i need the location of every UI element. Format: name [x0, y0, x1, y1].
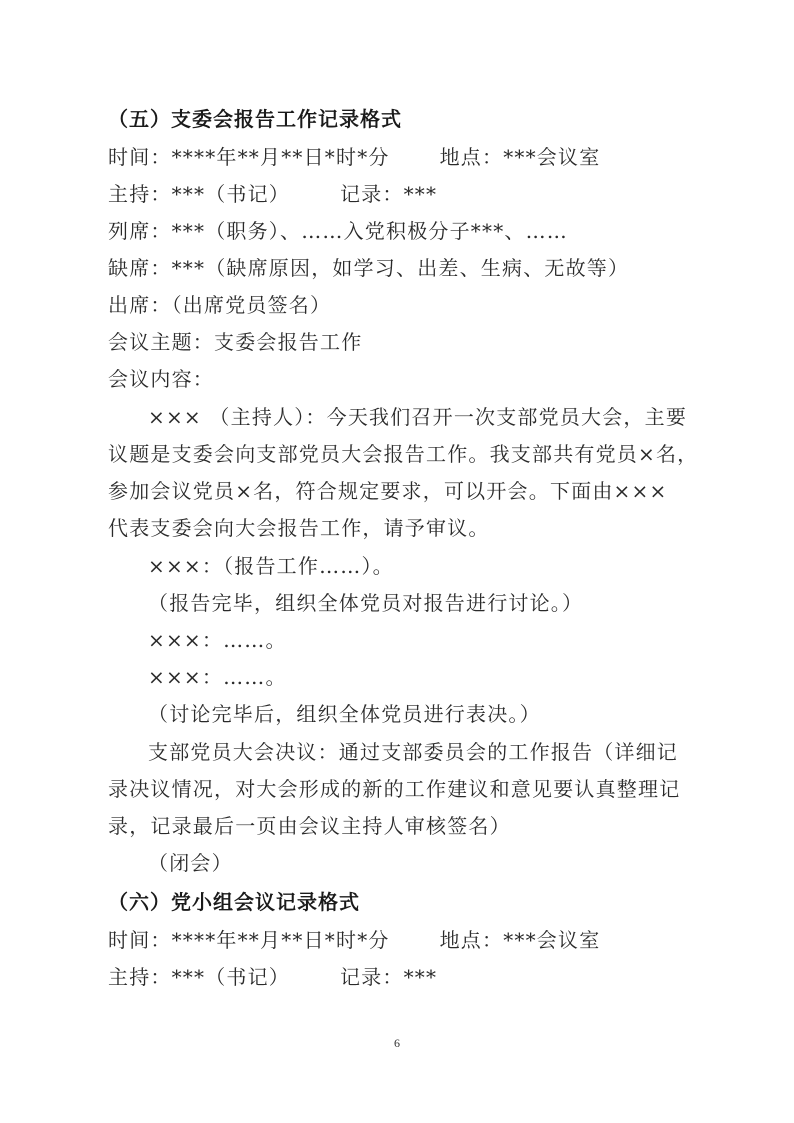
recorder-field: 记录：*** [340, 965, 437, 989]
body-paragraph: （闭会） [148, 850, 233, 876]
meeting-topic: 会议主题：支委会报告工作 [108, 329, 362, 355]
time-field: 时间：****年**月**日*时*分 [108, 928, 390, 952]
body-paragraph: 代表支委会向大会报告工作，请予审议。 [108, 515, 490, 541]
host-field: 主持：***（书记） [108, 182, 290, 206]
recorder-field: 记录：*** [340, 182, 437, 206]
meeting-time-place: 时间：****年**月**日*时*分地点：***会议室 [108, 927, 600, 953]
body-paragraph: ×××：……。 [148, 627, 287, 653]
section-heading-5: （五）支委会报告工作记录格式 [108, 106, 402, 132]
place-field: 地点：***会议室 [440, 928, 601, 952]
meeting-time-place: 时间：****年**月**日*时*分地点：***会议室 [108, 144, 600, 170]
place-field: 地点：***会议室 [440, 145, 601, 169]
nonvoting-attendees: 列席：***（职务）、……入党积极分子***、…… [108, 218, 568, 244]
body-paragraph: 录决议情况，对大会形成的新的工作建议和意见要认真整理记 [108, 776, 680, 802]
body-paragraph: （报告完毕，组织全体党员对报告进行讨论。） [148, 590, 583, 616]
meeting-content-label: 会议内容： [108, 366, 214, 392]
body-paragraph: ×××：……。 [148, 664, 287, 690]
time-field: 时间：****年**月**日*时*分 [108, 145, 390, 169]
present-members: 出席：（出席党员签名） [108, 292, 331, 318]
document-page: （五）支委会报告工作记录格式 时间：****年**月**日*时*分地点：***会… [0, 0, 794, 1123]
body-paragraph: 议题是支委会向支部党员大会报告工作。我支部共有党员×名， [108, 441, 698, 467]
page-number: 6 [0, 1036, 794, 1051]
body-paragraph: ×××：（报告工作……）。 [148, 553, 394, 579]
body-paragraph: 支部党员大会决议：通过支部委员会的工作报告（详细记 [148, 739, 678, 765]
absent-members: 缺席：***（缺席原因，如学习、出差、生病、无故等） [108, 255, 629, 281]
host-field: 主持：***（书记） [108, 965, 290, 989]
body-paragraph: 参加会议党员×名，符合规定要求，可以开会。下面由××× [108, 478, 667, 504]
host-recorder: 主持：***（书记）记录：*** [108, 181, 437, 207]
body-paragraph: ××× （主持人）：今天我们召开一次支部党员大会，主要 [148, 404, 687, 430]
body-paragraph: （讨论完毕后，组织全体党员进行表决。） [148, 701, 541, 727]
body-paragraph: 录，记录最后一页由会议主持人审核签名） [108, 813, 511, 839]
host-recorder: 主持：***（书记）记录：*** [108, 964, 437, 990]
section-heading-6: （六）党小组会议记录格式 [108, 889, 360, 915]
